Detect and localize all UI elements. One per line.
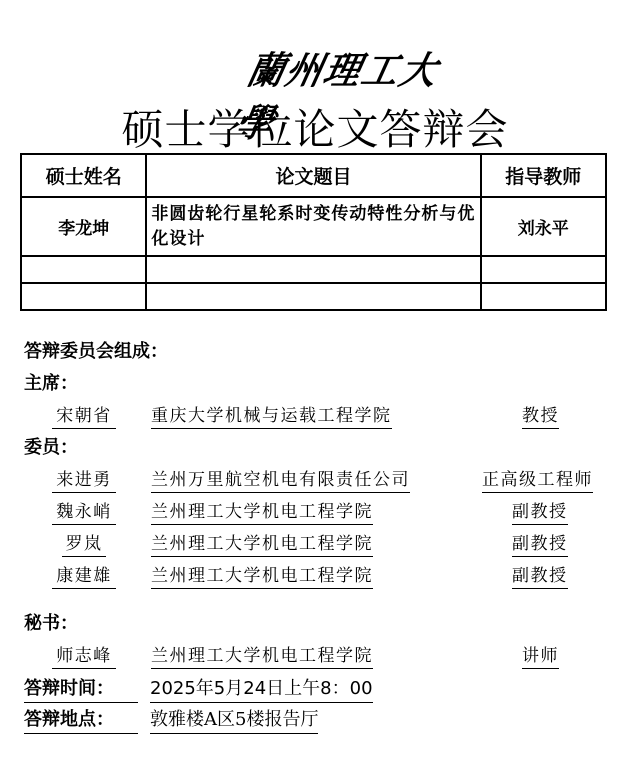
header-thesis-title: 论文题目 [146,154,480,197]
header-advisor: 指导教师 [481,154,606,197]
member-row: 康建雄 兰州理工大学机电工程学院 副教授 [0,564,630,590]
thesis-title [146,283,480,310]
page-title: 硕士学位论文答辩会 [0,104,630,156]
chair-label: 主席： [24,372,78,396]
student-name [21,283,146,310]
member-affiliation: 兰州理工大学机电工程学院 [151,564,373,589]
members-label: 委员： [24,436,78,460]
secretary-label: 秘书： [24,612,78,636]
header-student: 硕士姓名 [21,154,146,197]
member-affiliation: 重庆大学机械与运载工程学院 [151,404,392,429]
defense-time-label: 答辩时间： [24,676,138,703]
member-affiliation: 兰州理工大学机电工程学院 [151,644,373,669]
thesis-info-table: 硕士姓名 论文题目 指导教师 李龙坤 非圆齿轮行星轮系时变传动特性分析与优化设计… [20,153,607,311]
member-title: 副教授 [512,564,568,589]
member-affiliation: 兰州理工大学机电工程学院 [151,500,373,525]
member-name: 宋朝省 [52,404,116,429]
member-row: 来进勇 兰州万里航空机电有限责任公司 正高级工程师 [0,468,630,494]
member-name: 来进勇 [52,468,116,493]
student-name [21,256,146,283]
member-title: 教授 [522,404,559,429]
title-text: 硕士学位论文答辩会 [121,104,508,156]
defense-time-value: 2025年5月24日上午8：00 [150,676,373,703]
table-row [21,283,606,310]
chair-row: 宋朝省 重庆大学机械与运载工程学院 教授 [0,404,630,430]
member-name: 罗岚 [62,532,106,557]
student-name: 李龙坤 [21,197,146,256]
advisor-name [481,283,606,310]
secretary-row: 师志峰 兰州理工大学机电工程学院 讲师 [0,644,630,670]
committee-heading: 答辩委员会组成： [24,340,168,364]
thesis-title: 非圆齿轮行星轮系时变传动特性分析与优化设计 [146,197,480,256]
university-logo: 蘭州理工大學 [242,45,453,98]
defense-place-value: 敦雅楼A区5楼报告厅 [150,707,318,734]
member-name: 魏永峭 [52,500,116,525]
defense-place-label: 答辩地点： [24,707,138,734]
member-name: 师志峰 [52,644,116,669]
member-title: 副教授 [512,532,568,557]
table-header-row: 硕士姓名 论文题目 指导教师 [21,154,606,197]
advisor-name [481,256,606,283]
member-affiliation: 兰州万里航空机电有限责任公司 [151,468,410,493]
member-row: 魏永峭 兰州理工大学机电工程学院 副教授 [0,500,630,526]
member-name: 康建雄 [52,564,116,589]
member-title: 讲师 [522,644,559,669]
member-title: 正高级工程师 [482,468,593,493]
advisor-name: 刘永平 [481,197,606,256]
table-row [21,256,606,283]
member-title: 副教授 [512,500,568,525]
table-row: 李龙坤 非圆齿轮行星轮系时变传动特性分析与优化设计 刘永平 [21,197,606,256]
member-row: 罗岚 兰州理工大学机电工程学院 副教授 [0,532,630,558]
thesis-title [146,256,480,283]
member-affiliation: 兰州理工大学机电工程学院 [151,532,373,557]
